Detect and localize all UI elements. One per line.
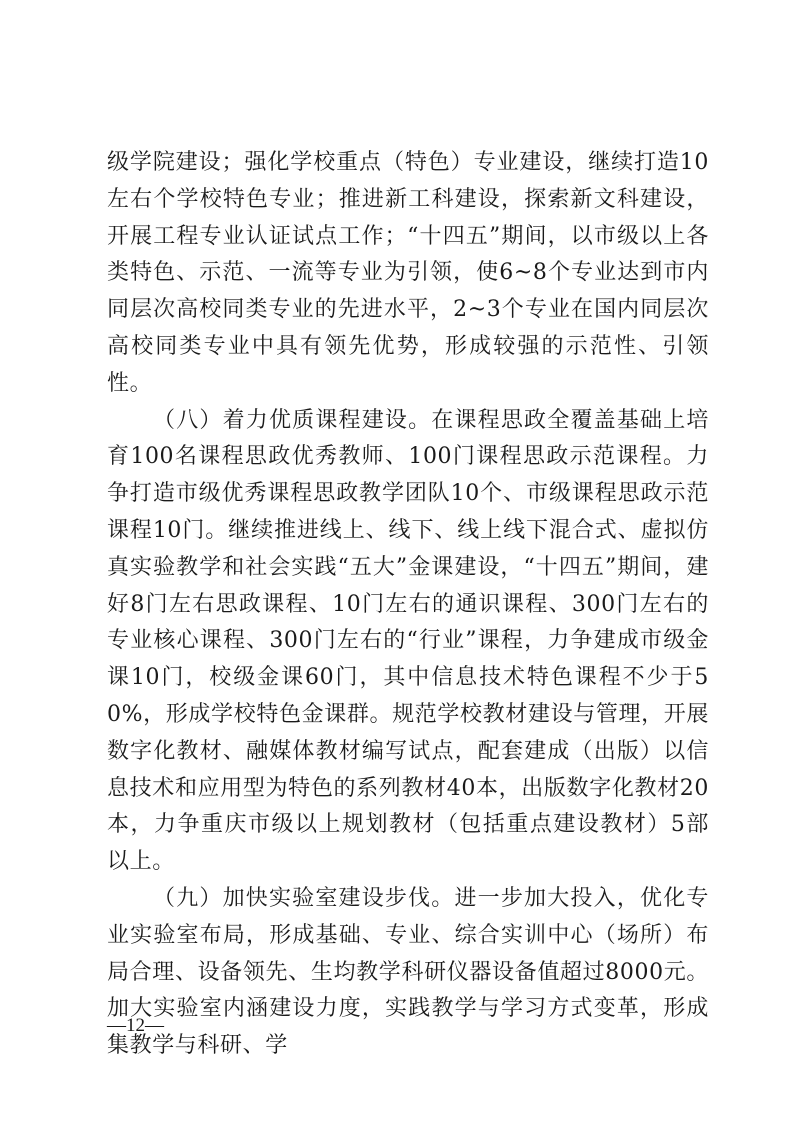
paragraph-continued: 级学院建设；强化学校重点（特色）专业建设，继续打造10左右个学校特色专业；推进新… (107, 145, 709, 403)
section-heading: （九）加快实验室建设步伐。 (153, 886, 454, 911)
section-heading: （八）着力优质课程建设。 (153, 408, 431, 433)
paragraph-section-9: （九）加快实验室建设步伐。进一步加大投入，优化专业实验室布局，形成基础、专业、综… (107, 881, 709, 1065)
page-number: —12— (107, 1015, 164, 1037)
paragraph-text: 级学院建设；强化学校重点（特色）专业建设，继续打造10左右个学校特色专业；推进新… (107, 150, 709, 396)
paragraph-text: 进一步加大投入，优化专业实验室布局，形成基础、专业、综合实训中心（场所）布局合理… (107, 886, 709, 1058)
paragraph-section-8: （八）着力优质课程建设。在课程思政全覆盖基础上培育100名课程思政优秀教师、10… (107, 403, 709, 881)
document-body: 级学院建设；强化学校重点（特色）专业建设，继续打造10左右个学校特色专业；推进新… (107, 145, 709, 1065)
paragraph-text: 在课程思政全覆盖基础上培育100名课程思政优秀教师、100门课程思政示范课程。力… (107, 408, 709, 875)
